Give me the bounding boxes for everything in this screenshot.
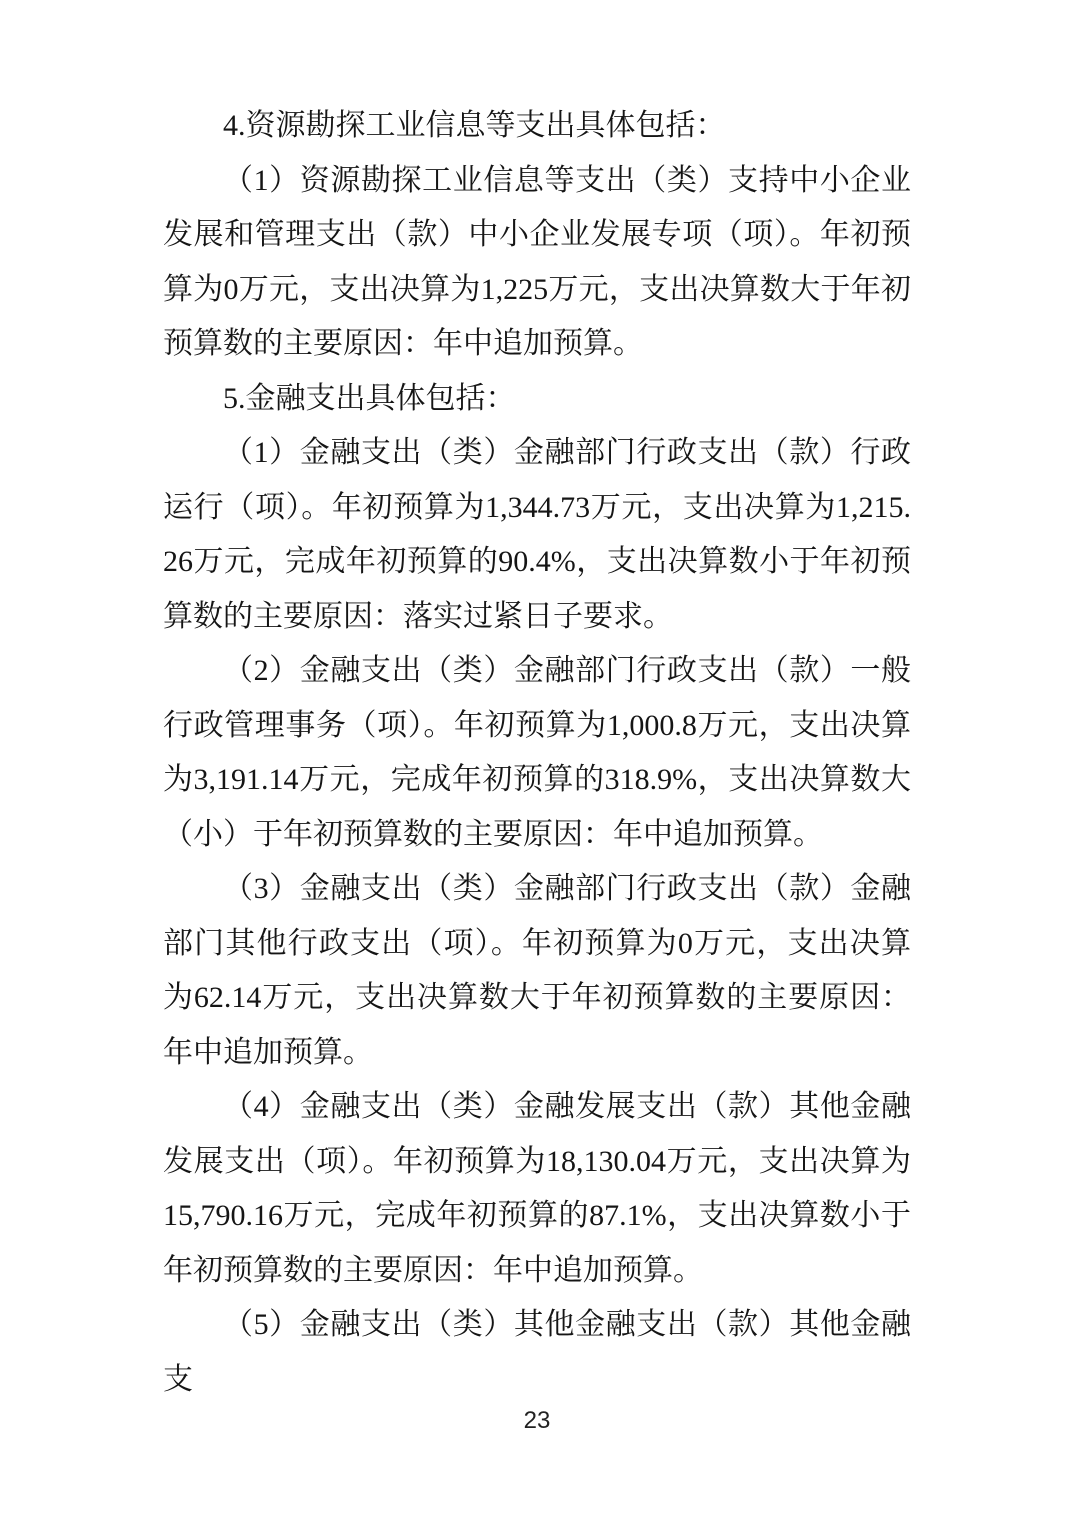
paragraph-item-5-sub-1: （1）金融支出（类）金融部门行政支出（款）行政运行（项）。年初预算为1,344.… (163, 426, 911, 644)
paragraph-item-5-sub-5: （5）金融支出（类）其他金融支出（款）其他金融支 (163, 1298, 911, 1407)
paragraph-item-4-sub-1: （1）资源勘探工业信息等支出（类）支持中小企业发展和管理支出（款）中小企业发展专… (163, 154, 911, 372)
paragraph-item-5-heading: 5.金融支出具体包括： (163, 372, 911, 427)
document-page: 4.资源勘探工业信息等支出具体包括： （1）资源勘探工业信息等支出（类）支持中小… (0, 0, 1074, 1520)
paragraph-item-5-sub-2: （2）金融支出（类）金融部门行政支出（款）一般行政管理事务（项）。年初预算为1,… (163, 644, 911, 862)
document-body: 4.资源勘探工业信息等支出具体包括： （1）资源勘探工业信息等支出（类）支持中小… (163, 99, 911, 1407)
paragraph-item-5-sub-4: （4）金融支出（类）金融发展支出（款）其他金融发展支出（项）。年初预算为18,1… (163, 1080, 911, 1298)
page-number: 23 (0, 1406, 1074, 1436)
paragraph-item-4-heading: 4.资源勘探工业信息等支出具体包括： (163, 99, 911, 154)
paragraph-item-5-sub-3: （3）金融支出（类）金融部门行政支出（款）金融部门其他行政支出（项）。年初预算为… (163, 862, 911, 1080)
